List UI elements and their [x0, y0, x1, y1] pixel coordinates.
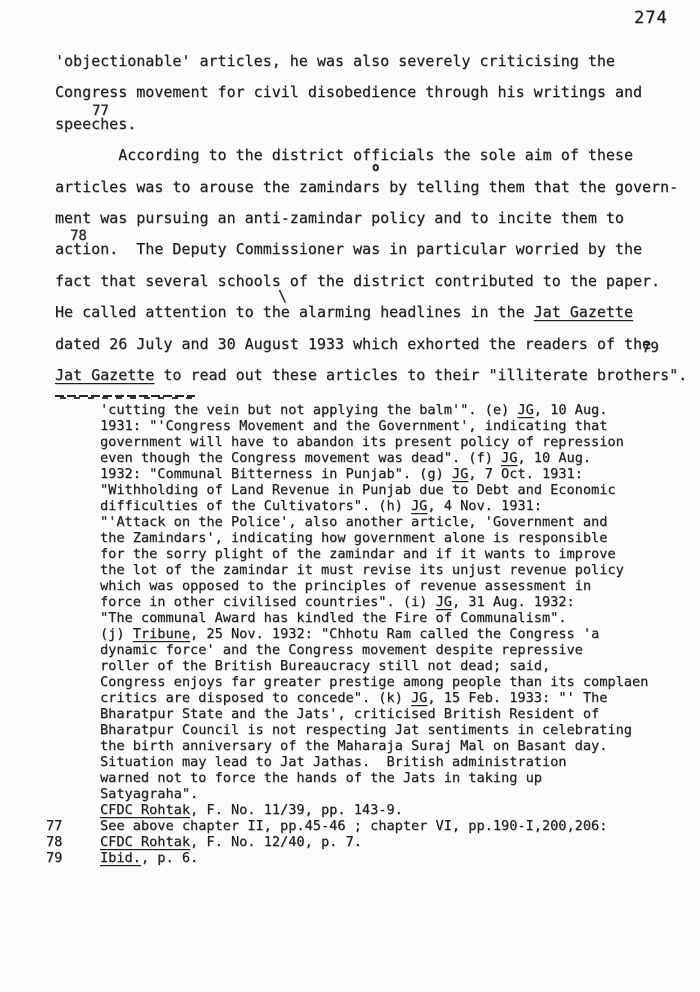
text-line: the lot of the zamindar it must revise i… — [100, 562, 648, 578]
text-segment: "'Attack on the Police', also another ar… — [100, 514, 607, 530]
text-line: warned not to force the hands of the Jat… — [100, 770, 648, 786]
underlined-citation: CFDC Rohtak — [100, 834, 190, 850]
text-line: 'cutting the vein but not applying the b… — [100, 402, 648, 418]
text-line: (j) Tribune, 25 Nov. 1932: "Chhotu Ram c… — [100, 626, 648, 642]
footnote-separator-rule — [55, 395, 195, 399]
text-line: ment was pursuing an anti-zamindar polic… — [55, 203, 687, 234]
underlined-citation: JG — [501, 450, 517, 466]
text-segment: "The communal Award has kindled the Fire… — [100, 610, 567, 626]
text-segment: "Withholding of Land Revenue in Punjab d… — [100, 482, 616, 498]
text-line: Bharatpur State and the Jats', criticise… — [100, 706, 648, 722]
underlined-citation: JG — [411, 498, 427, 514]
text-segment: articles was to arouse the zamindars by … — [55, 178, 678, 196]
text-segment: (j) — [100, 626, 133, 642]
text-segment: He called attention to the alarming head… — [55, 303, 534, 321]
text-segment: 'objectionable' articles, he was also se… — [55, 52, 615, 70]
text-line: dated 26 July and 30 August 1933 which e… — [55, 329, 687, 360]
footnote-number: 79 — [46, 850, 62, 866]
page-number: 274 — [634, 8, 668, 28]
text-line: "'Attack on the Police', also another ar… — [100, 514, 648, 530]
text-line: for the sorry plight of the zamindar and… — [100, 546, 648, 562]
underlined-citation: Jat Gazette — [534, 303, 633, 321]
text-segment: Bharatpur Council is not respecting Jat … — [100, 722, 632, 738]
text-line: Situation may lead to Jat Jathas. Britis… — [100, 754, 648, 770]
footnote-ref-79: 79 — [642, 340, 659, 356]
footnote-number: 78 — [46, 834, 62, 850]
text-segment: Situation may lead to Jat Jathas. Britis… — [100, 754, 567, 770]
text-segment: See above chapter II, pp.45-46 ; chapter… — [100, 818, 607, 834]
text-segment: , 25 Nov. 1932: "Chhotu Ram called the C… — [190, 626, 599, 642]
text-line: 1931: "'Congress Movement and the Govern… — [100, 418, 648, 434]
text-line: articles was to arouse the zamindars by … — [55, 172, 687, 203]
text-line: critics are disposed to concede". (k) JG… — [100, 690, 648, 706]
underlined-citation: CFDC Rohtak — [100, 802, 190, 818]
text-segment: According to the district officials the … — [55, 146, 633, 164]
underlined-citation: JG — [452, 466, 468, 482]
footnote-ref-78: 78 — [70, 228, 87, 244]
text-line: the Zamindars', indicating how governmen… — [100, 530, 648, 546]
text-line: "The communal Award has kindled the Fire… — [100, 610, 648, 626]
body-text: 'objectionable' articles, he was also se… — [55, 46, 687, 391]
text-line: 78CFDC Rohtak, F. No. 12/40, p. 7. — [100, 834, 648, 850]
text-line: CFDC Rohtak, F. No. 11/39, pp. 143-9. — [100, 802, 648, 818]
text-line: which was opposed to the principles of r… — [100, 578, 648, 594]
text-segment: the birth anniversary of the Maharaja Su… — [100, 738, 607, 754]
text-line: 79Ibid., p. 6. — [100, 850, 648, 866]
text-segment: critics are disposed to concede". (k) — [100, 690, 411, 706]
text-segment: warned not to force the hands of the Jat… — [100, 770, 542, 786]
text-segment: roller of the British Bureaucracy still … — [100, 658, 550, 674]
text-line: action. The Deputy Commissioner was in p… — [55, 234, 687, 265]
text-segment: Congress enjoys far greater prestige amo… — [100, 674, 648, 690]
text-segment: 1931: "'Congress Movement and the Govern… — [100, 418, 607, 434]
text-segment: , 15 Feb. 1933: "' The — [427, 690, 607, 706]
text-line: 77See above chapter II, pp.45-46 ; chapt… — [100, 818, 648, 834]
text-line: 1932: "Communal Bitterness in Punjab". (… — [100, 466, 648, 482]
text-line: speeches. — [55, 109, 687, 140]
text-segment: to read out these articles to their "ill… — [154, 366, 687, 384]
text-segment: , p. 6. — [141, 850, 198, 866]
footnote-ref-77: 77 — [92, 103, 109, 119]
underlined-citation: JG — [411, 690, 427, 706]
text-line: Congress movement for civil disobedience… — [55, 77, 687, 108]
text-segment: , 31 Aug. 1932: — [452, 594, 575, 610]
text-segment: action. The Deputy Commissioner was in p… — [55, 240, 642, 258]
text-segment: the lot of the zamindar it must revise i… — [100, 562, 624, 578]
text-line: difficulties of the Cultivators". (h) JG… — [100, 498, 648, 514]
text-segment: even though the Congress movement was de… — [100, 450, 501, 466]
text-line: even though the Congress movement was de… — [100, 450, 648, 466]
text-line: Congress enjoys far greater prestige amo… — [100, 674, 648, 690]
text-line: 'objectionable' articles, he was also se… — [55, 46, 687, 77]
stray-pen-mark: \ — [278, 287, 287, 305]
text-line: the birth anniversary of the Maharaja Su… — [100, 738, 648, 754]
handwritten-correction-mark: o — [372, 160, 379, 174]
text-segment: , 4 Nov. 1931: — [427, 498, 542, 514]
text-segment: dynamic force' and the Congress movement… — [100, 642, 583, 658]
text-segment: , 7 Oct. 1931: — [468, 466, 583, 482]
text-segment: , F. No. 11/39, pp. 143-9. — [190, 802, 403, 818]
text-segment: , F. No. 12/40, p. 7. — [190, 834, 362, 850]
text-segment: 1932: "Communal Bitterness in Punjab". (… — [100, 466, 452, 482]
underlined-citation: Jat Gazette — [55, 366, 154, 384]
text-segment: 'cutting the vein but not applying the b… — [100, 402, 517, 418]
text-segment: Congress movement for civil disobedience… — [55, 83, 642, 101]
footnotes-block: 'cutting the vein but not applying the b… — [100, 402, 648, 866]
text-line: Bharatpur Council is not respecting Jat … — [100, 722, 648, 738]
text-segment: government will have to abandon its pres… — [100, 434, 624, 450]
underlined-citation: Tribune — [133, 626, 190, 642]
text-line: roller of the British Bureaucracy still … — [100, 658, 648, 674]
text-segment: which was opposed to the principles of r… — [100, 578, 591, 594]
text-segment: , 10 Aug. — [517, 450, 591, 466]
text-line: Satyagraha". — [100, 786, 648, 802]
text-segment: force in other civilised countries". (i) — [100, 594, 436, 610]
text-segment: dated 26 July and 30 August 1933 which e… — [55, 335, 651, 353]
text-segment: , 10 Aug. — [534, 402, 608, 418]
text-line: government will have to abandon its pres… — [100, 434, 648, 450]
underlined-citation: JG — [517, 402, 533, 418]
text-line: fact that several schools of the distric… — [55, 266, 687, 297]
underlined-citation: Ibid. — [100, 850, 141, 866]
text-segment: the Zamindars', indicating how governmen… — [100, 530, 607, 546]
text-segment: Satyagraha". — [100, 786, 198, 802]
text-line: Jat Gazette to read out these articles t… — [55, 360, 687, 391]
footnote-number: 77 — [46, 818, 62, 834]
text-line: "Withholding of Land Revenue in Punjab d… — [100, 482, 648, 498]
text-segment: difficulties of the Cultivators". (h) — [100, 498, 411, 514]
text-segment: Bharatpur State and the Jats', criticise… — [100, 706, 599, 722]
text-segment: ment was pursuing an anti-zamindar polic… — [55, 209, 624, 227]
underlined-citation: JG — [436, 594, 452, 610]
scanned-page: 274 'objectionable' articles, he was als… — [0, 0, 700, 992]
text-line: force in other civilised countries". (i)… — [100, 594, 648, 610]
text-line: He called attention to the alarming head… — [55, 297, 687, 328]
text-segment: for the sorry plight of the zamindar and… — [100, 546, 616, 562]
text-line: dynamic force' and the Congress movement… — [100, 642, 648, 658]
text-segment: fact that several schools of the distric… — [55, 272, 660, 290]
